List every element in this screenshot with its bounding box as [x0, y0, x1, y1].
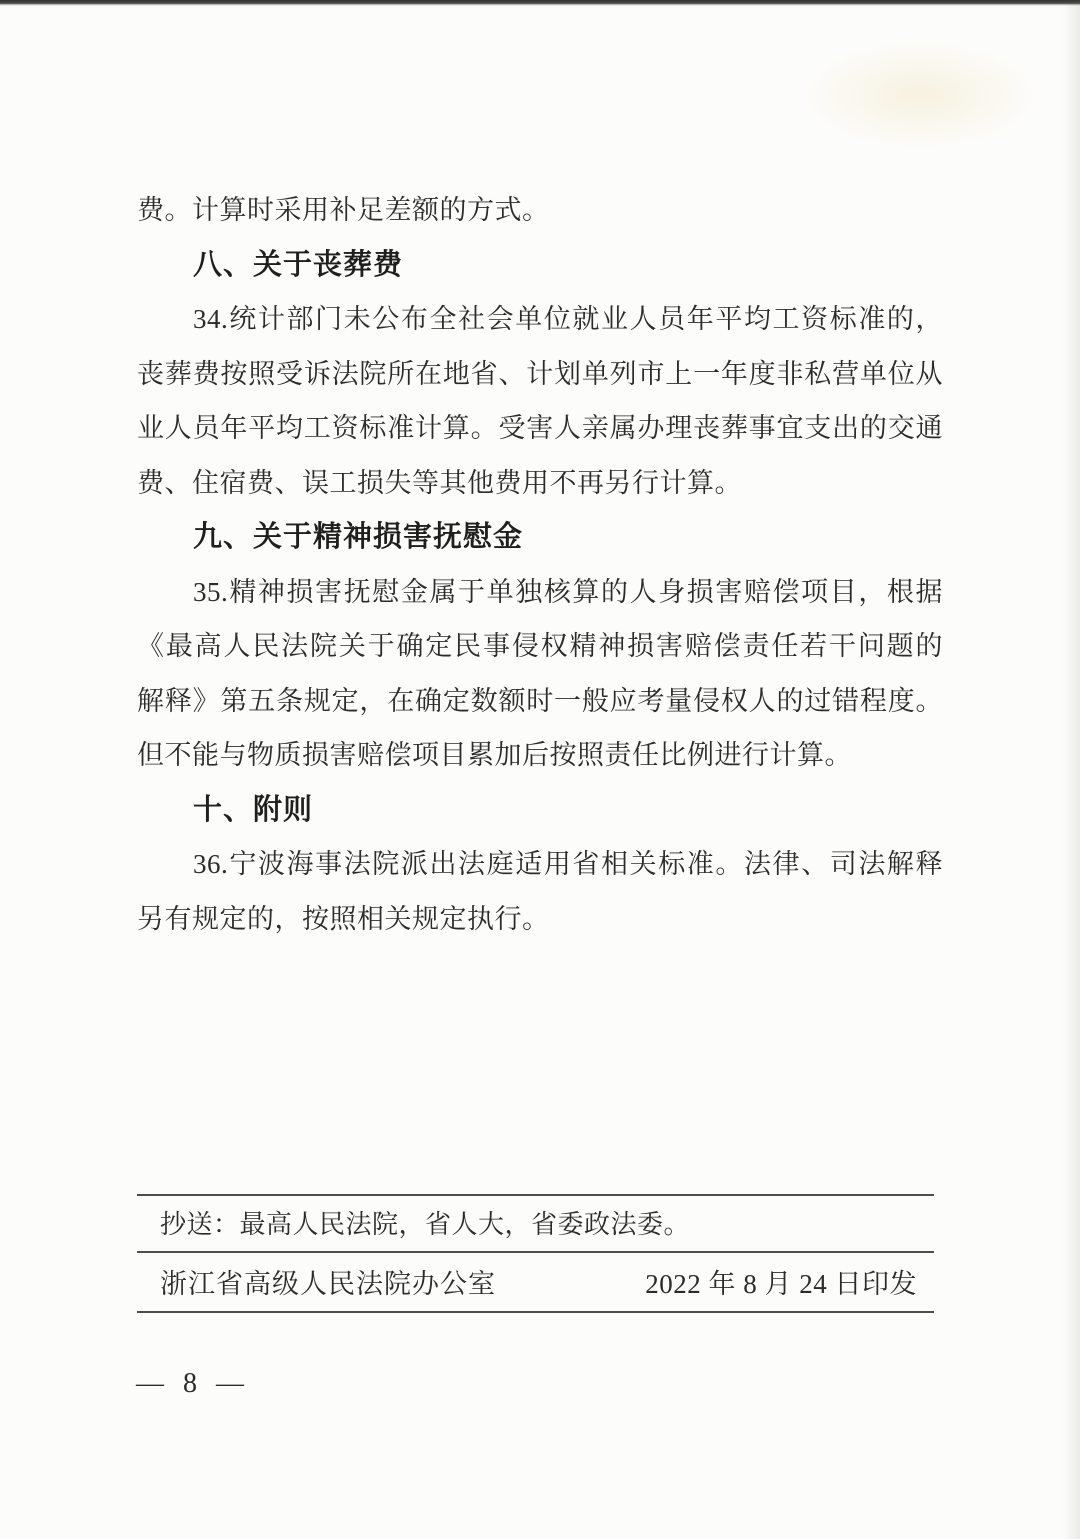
body-line: 34.统计部门未公布全社会单位就业人员年平均工资标准的，	[137, 292, 943, 347]
footer-rule-top	[137, 1194, 934, 1196]
section-heading: 九、关于精神损害抚慰金	[137, 510, 943, 565]
section-heading: 十、附则	[137, 783, 943, 838]
body-line: 35.精神损害抚慰金属于单独核算的人身损害赔偿项目，根据	[137, 565, 943, 620]
body-line: 费。计算时采用补足差额的方式。	[137, 183, 943, 238]
print-date: 2022 年 8 月 24 日印发	[645, 1258, 917, 1310]
scan-discoloration	[800, 40, 1040, 150]
cc-line: 抄送：最高人民法院，省人大，省委政法委。	[160, 1200, 934, 1250]
document-page: 费。计算时采用补足差额的方式。 八、关于丧葬费 34.统计部门未公布全社会单位就…	[0, 0, 1080, 1539]
page-number: — 8 —	[136, 1368, 246, 1400]
footer-rule-bottom	[137, 1311, 934, 1313]
issuer-row: 浙江省高级人民法院办公室 2022 年 8 月 24 日印发	[137, 1258, 934, 1310]
body-line: 另有规定的，按照相关规定执行。	[137, 892, 943, 947]
footer-rule-middle	[137, 1251, 934, 1253]
body-line: 36.宁波海事法院派出法庭适用省相关标准。法律、司法解释	[137, 837, 943, 892]
body-line: 业人员年平均工资标准计算。受害人亲属办理丧葬事宜支出的交通	[137, 401, 943, 456]
body-line: 但不能与物质损害赔偿项目累加后按照责任比例进行计算。	[137, 728, 943, 783]
body-line: 丧葬费按照受诉法院所在地省、计划单列市上一年度非私营单位从	[137, 347, 943, 402]
scan-top-edge-artifact	[0, 0, 1080, 6]
issuing-office: 浙江省高级人民法院办公室	[160, 1258, 496, 1310]
body-line: 解释》第五条规定，在确定数额时一般应考量侵权人的过错程度。	[137, 674, 943, 729]
body-line: 《最高人民法院关于确定民事侵权精神损害赔偿责任若干问题的	[137, 619, 943, 674]
scan-right-edge-shade	[1062, 0, 1080, 1539]
document-body: 费。计算时采用补足差额的方式。 八、关于丧葬费 34.统计部门未公布全社会单位就…	[137, 183, 943, 946]
body-line: 费、住宿费、误工损失等其他费用不再另行计算。	[137, 456, 943, 511]
section-heading: 八、关于丧葬费	[137, 238, 943, 293]
